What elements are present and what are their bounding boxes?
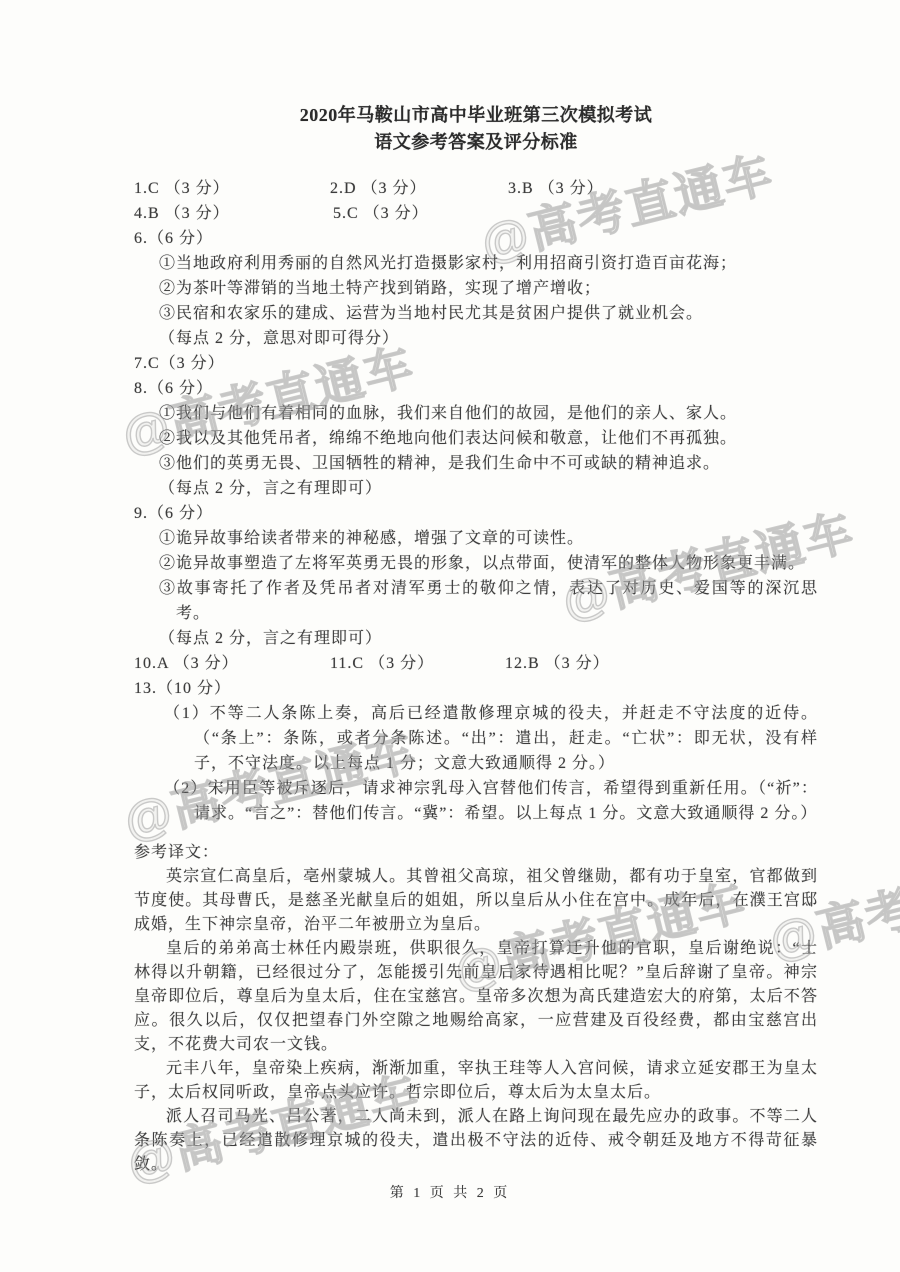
choice-answers: 1.C （3 分） 2.D （3 分） 3.B （3 分） 4.B （3 分） … bbox=[134, 176, 818, 226]
doc-subtitle: 语文参考答案及评分标准 bbox=[134, 129, 818, 156]
question-6: 6.（6 分） ①当地政府利用秀丽的自然风光打造摄影家村，利用招商引资打造百亩花… bbox=[134, 226, 818, 351]
translation-paragraph-1: 英宗宣仁高皇后，亳州蒙城人。其曾祖父高琼，祖父曾继勋，都有功于皇室，官都做到节度… bbox=[134, 865, 818, 937]
question-8: 8.（6 分） ①我们与他们有着相同的血脉，我们来自他们的故园，是他们的亲人、家… bbox=[134, 376, 818, 501]
question-9-item-1: ①诡异故事给读者带来的神秘感，增强了文章的可读性。 bbox=[134, 526, 818, 551]
answer-q1: 1.C （3 分） bbox=[134, 176, 330, 201]
question-9-header: 9.（6 分） bbox=[134, 501, 818, 526]
translation-paragraph-3: 元丰八年，皇帝染上疾病，渐渐加重，宰执王珪等人入宫问候，请求立延安郡王为皇太子，… bbox=[134, 1057, 818, 1105]
reference-translation: 参考译文： 英宗宣仁高皇后，亳州蒙城人。其曾祖父高琼，祖父曾继勋，都有功于皇室，… bbox=[134, 840, 818, 1177]
answer-row-2: 4.B （3 分） 5.C （3 分） bbox=[134, 201, 818, 226]
question-9-item-3: ③故事寄托了作者及凭吊者对清军勇士的敬仰之情，表达了对历史、爱国等的深沉思考。 bbox=[134, 576, 818, 626]
question-13-item-2: （2）宋用臣等被斥逐后，请求神宗乳母入宫替他们传言，希望得到重新任用。（“祈”：… bbox=[134, 776, 818, 826]
scanned-exam-answer-page: 2020年马鞍山市高中毕业班第三次模拟考试 语文参考答案及评分标准 1.C （3… bbox=[0, 0, 900, 1272]
question-9-item-2: ②诡异故事塑造了左将军英勇无畏的形象，以点带面，使清军的整体人物形象更丰满。 bbox=[134, 551, 818, 576]
answer-q11: 11.C （3 分） bbox=[330, 651, 505, 676]
question-8-item-1: ①我们与他们有着相同的血脉，我们来自他们的故园，是他们的亲人、家人。 bbox=[134, 401, 818, 426]
translation-paragraph-2: 皇后的弟弟高士林任内殿崇班，供职很久，皇帝打算迁升他的官职，皇后谢绝说：“士林得… bbox=[134, 937, 818, 1057]
question-13-item-1: （1）不等二人条陈上奏，高后已经遣散修理京城的役夫，并赶走不守法度的近侍。（“条… bbox=[134, 701, 818, 776]
answer-q7: 7.C（3 分） bbox=[134, 351, 818, 376]
answer-q10: 10.A （3 分） bbox=[134, 651, 330, 676]
question-6-item-3: ③民宿和农家乐的建成、运营为当地村民尤其是贫困户提供了就业机会。 bbox=[134, 301, 818, 326]
answer-q4: 4.B （3 分） bbox=[134, 201, 333, 226]
doc-title: 2020年马鞍山市高中毕业班第三次模拟考试 bbox=[134, 102, 818, 129]
question-9: 9.（6 分） ①诡异故事给读者带来的神秘感，增强了文章的可读性。 ②诡异故事塑… bbox=[134, 501, 818, 651]
translation-header: 参考译文： bbox=[134, 840, 818, 865]
question-9-scoring-note: （每点 2 分，言之有理即可） bbox=[134, 626, 818, 651]
question-13: 13.（10 分） （1）不等二人条陈上奏，高后已经遣散修理京城的役夫，并赶走不… bbox=[134, 676, 818, 826]
answer-q3: 3.B （3 分） bbox=[508, 176, 818, 201]
translation-paragraph-4: 派人召司马光、吕公著，二人尚未到，派人在路上询问现在最先应办的政事。不等二人条陈… bbox=[134, 1105, 818, 1177]
answer-q12: 12.B （3 分） bbox=[505, 651, 818, 676]
question-6-item-2: ②为茶叶等滞销的当地土特产找到销路，实现了增产增收； bbox=[134, 276, 818, 301]
answer-q5: 5.C （3 分） bbox=[333, 201, 818, 226]
question-6-item-1: ①当地政府利用秀丽的自然风光打造摄影家村，利用招商引资打造百亩花海； bbox=[134, 251, 818, 276]
answer-q2: 2.D （3 分） bbox=[330, 176, 508, 201]
answer-row-1: 1.C （3 分） 2.D （3 分） 3.B （3 分） bbox=[134, 176, 818, 201]
question-13-header: 13.（10 分） bbox=[134, 676, 818, 701]
question-6-header: 6.（6 分） bbox=[134, 226, 818, 251]
page-number-footer: 第 1 页 共 2 页 bbox=[0, 1182, 900, 1202]
document-content: 2020年马鞍山市高中毕业班第三次模拟考试 语文参考答案及评分标准 1.C （3… bbox=[134, 102, 818, 1177]
question-8-header: 8.（6 分） bbox=[134, 376, 818, 401]
answer-row-3: 10.A （3 分） 11.C （3 分） 12.B （3 分） bbox=[134, 651, 818, 676]
question-8-scoring-note: （每点 2 分，言之有理即可） bbox=[134, 476, 818, 501]
question-8-item-2: ②我以及其他凭吊者，绵绵不绝地向他们表达问候和敬意，让他们不再孤独。 bbox=[134, 426, 818, 451]
question-6-scoring-note: （每点 2 分，意思对即可得分） bbox=[134, 326, 818, 351]
question-8-item-3: ③他们的英勇无畏、卫国牺牲的精神，是我们生命中不可或缺的精神追求。 bbox=[134, 451, 818, 476]
